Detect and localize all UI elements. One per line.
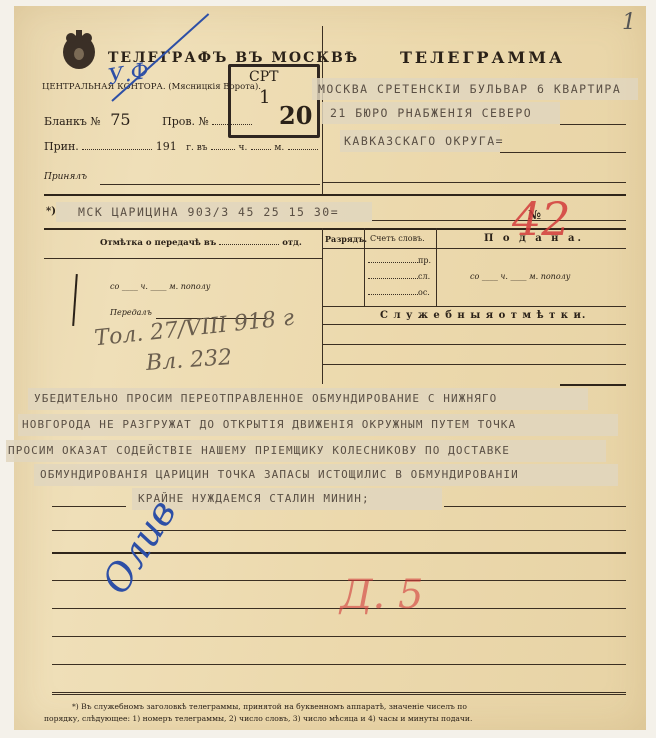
red-pencil-number: 42 <box>512 192 571 246</box>
message-line-2: НОВГОРОДА НЕ РАЗГРУЖАТ ДО ОТКРЫТIЯ ДВИЖЕ… <box>22 418 516 431</box>
accepted-label: Принялъ <box>44 172 87 182</box>
service-header-text: МСК ЦАРИЦИНА 903/3 45 25 15 30= <box>78 205 339 219</box>
received-date-field[interactable] <box>82 149 152 150</box>
hour-abbr: ч. <box>239 143 248 153</box>
received-label: Прин. <box>44 140 79 153</box>
transmitted-label: Передалъ <box>110 308 152 317</box>
stamp-line1: СРТ <box>249 69 278 85</box>
word-row-3: ос. <box>368 288 430 297</box>
word-row-1: пр. <box>368 256 431 265</box>
address-line-3: КАВКАЗСКАГО ОКРУГА= <box>344 134 504 148</box>
message-line-4: ОБМУНДИРОВАНIЯ ЦАРИЦИН ТОЧКА ЗАПАСЫ ИСТО… <box>40 468 519 481</box>
address-line-2: 21 БЮРО РНАБЖЕНIЯ СЕВЕРО <box>330 106 532 120</box>
form-title: ТЕЛЕГРАММА <box>400 48 565 67</box>
transmission-mark-label: Отмѣтка о передачѣ въ <box>100 238 216 248</box>
check-label: Пров. № <box>162 115 209 128</box>
transmission-time-line: со ____ ч. ____ м. пополу <box>110 282 210 291</box>
transmission-mark: Отмѣтка о передачѣ въ отд. <box>100 238 302 248</box>
word-row-2: сл. <box>368 272 430 281</box>
double-headed-eagle-icon <box>58 28 100 72</box>
address-line-1: МОСКВА СРЕТЕНСКIИ БУЛЬВАР 6 КВАРТИРА <box>318 82 621 96</box>
red-pencil-mark: Д. 5 <box>340 572 423 618</box>
message-line-5: КРАЙНЕ НУЖДАЕМСЯ СТАЛИН МИНИН; <box>138 492 370 505</box>
stamp-number: 20 <box>279 101 312 130</box>
message-line-1: УБЕДИТЕЛЬНО ПРОСИМ ПЕРЕОТПРАВЛЕННОЕ ОБМУ… <box>34 392 497 405</box>
message-line-3: ПРОСИМ ОКАЗАТ СОДЕЙСТВIЕ НАШЕМУ ПРIЕМЩИК… <box>8 444 510 457</box>
blank-number: 75 <box>110 110 130 129</box>
blank-label: Бланкъ № <box>44 115 101 128</box>
year-suffix: г. въ <box>186 143 207 153</box>
col-word-count: Счетъ словъ. <box>370 234 425 243</box>
page-number: 1 <box>622 10 636 35</box>
footnote-line-2: порядку, слѣдующее: 1) номеръ телеграммы… <box>44 714 472 723</box>
registry-stamp: СРТ 1 20 <box>228 64 320 138</box>
filed-time-line: со ____ ч. ____ м. пополу <box>470 272 570 281</box>
stamp-line2: 1 <box>259 87 270 108</box>
year-prefix: 191 <box>156 140 177 153</box>
service-marks-heading: С л у ж е б н ы я о т м ѣ т к и. <box>380 310 586 321</box>
col-category: Разрядъ. <box>325 234 367 244</box>
service-marker: *) <box>46 206 56 217</box>
footnote-line-1: *) Въ служебномъ заголовкѣ телеграммы, п… <box>72 702 467 711</box>
minute-abbr: м. <box>274 143 284 153</box>
transmission-mark-suffix: отд. <box>282 238 302 248</box>
blank-row: Бланкъ № 75 Пров. № <box>44 110 252 129</box>
received-row: Прин. 191 г. въ ч. м. <box>44 140 318 153</box>
